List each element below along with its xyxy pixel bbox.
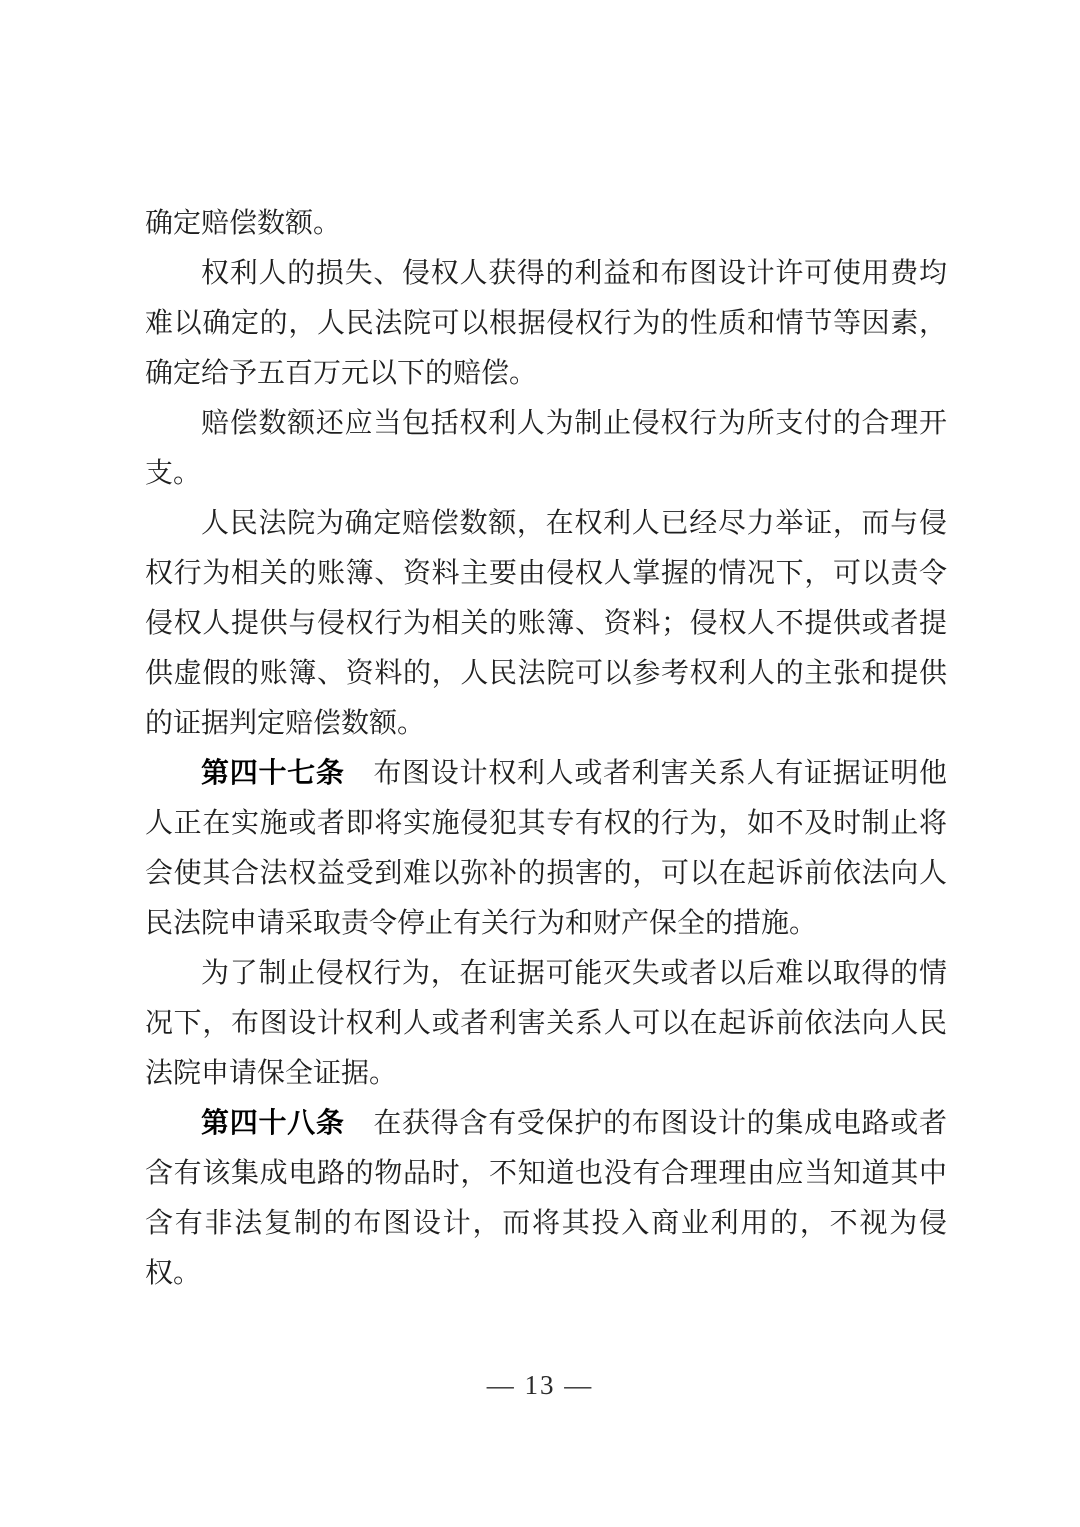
article-paragraph: 第四十七条 布图设计权利人或者利害关系人有证据证明他人正在实施或者即将实施侵犯其… (145, 749, 947, 949)
paragraph: 人民法院为确定赔偿数额，在权利人已经尽力举证，而与侵权行为相关的账簿、资料主要由… (145, 499, 947, 749)
page-number: — 13 — (487, 1370, 594, 1400)
document-body: 确定赔偿数额。权利人的损失、侵权人获得的利益和布图设计许可使用费均难以确定的，人… (145, 199, 947, 1299)
article-paragraph: 第四十八条 在获得含有受保护的布图设计的集成电路或者含有该集成电路的物品时，不知… (145, 1099, 947, 1299)
page-footer: — 13 — (0, 1370, 1080, 1401)
paragraph: 确定赔偿数额。 (145, 199, 947, 249)
paragraph: 赔偿数额还应当包括权利人为制止侵权行为所支付的合理开支。 (145, 399, 947, 499)
article-number: 第四十七条 (201, 758, 345, 789)
paragraph: 为了制止侵权行为，在证据可能灭失或者以后难以取得的情况下，布图设计权利人或者利害… (145, 949, 947, 1099)
paragraph: 权利人的损失、侵权人获得的利益和布图设计许可使用费均难以确定的，人民法院可以根据… (145, 249, 947, 399)
article-number: 第四十八条 (201, 1108, 345, 1139)
